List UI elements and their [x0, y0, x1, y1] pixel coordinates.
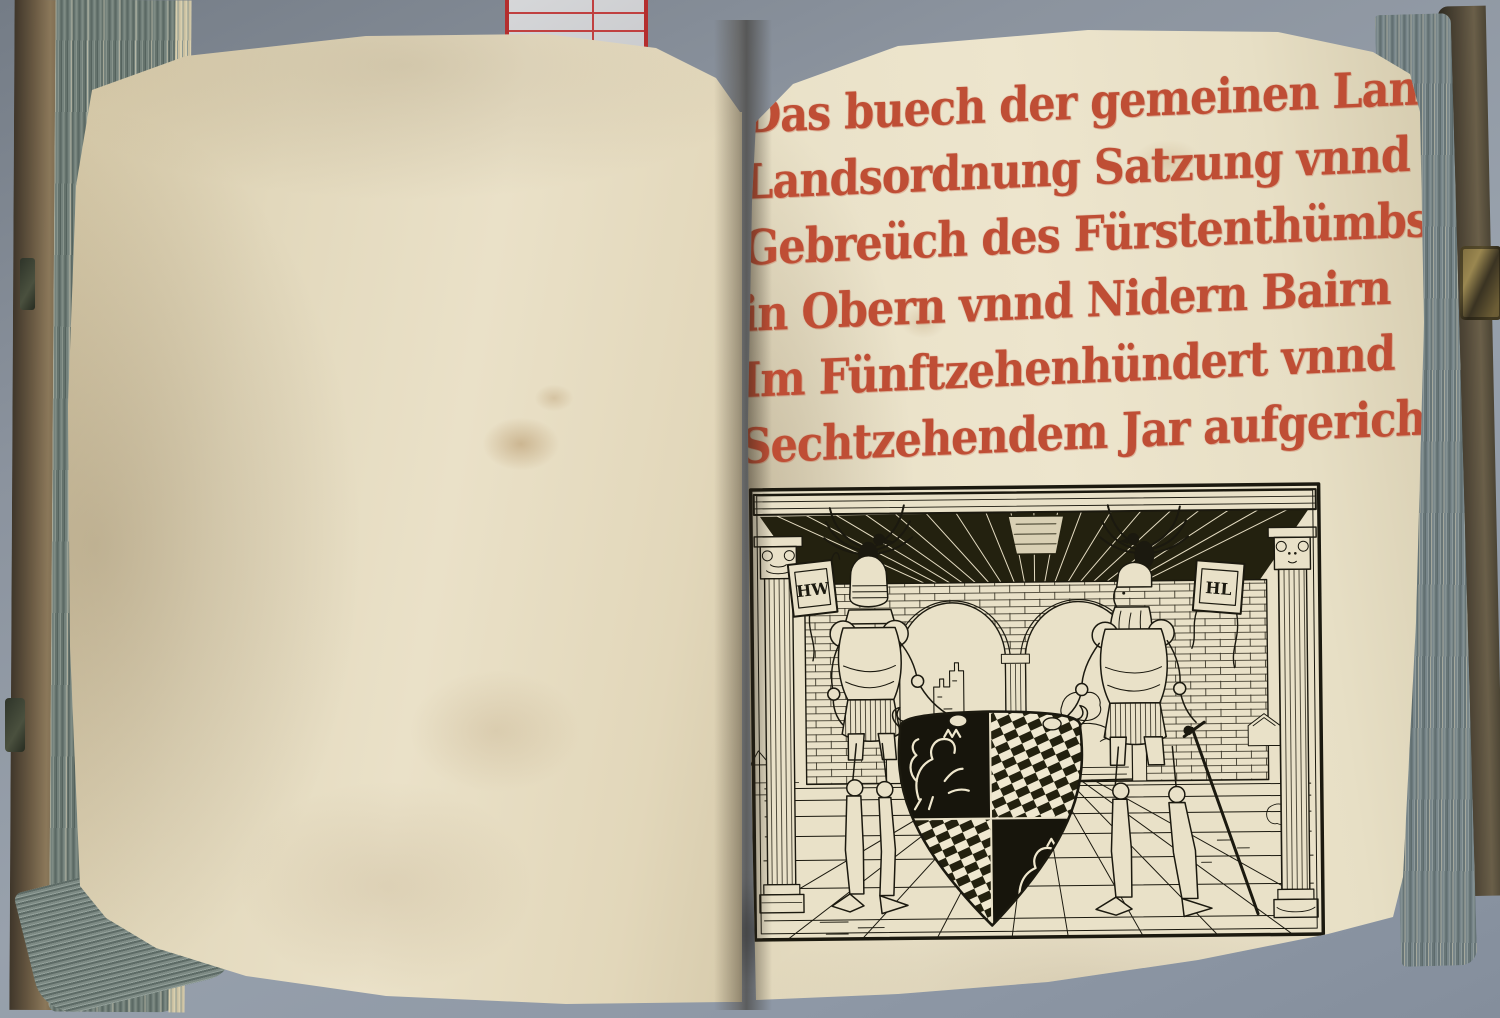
- left-clasp-hardware-lower: [5, 698, 25, 752]
- title-calligraphy: Das buech der gemeinen Landpot Landsordn…: [740, 59, 1330, 480]
- woodcut-illustration: HW HL: [746, 477, 1329, 953]
- left-clasp-hardware: [20, 258, 35, 310]
- photo-of-open-book: { "image": { "kind": "photograph of an o…: [0, 0, 1500, 1018]
- book-gutter: [714, 20, 772, 1010]
- tablet-left-initials: HW: [795, 578, 831, 601]
- right-clasp-hardware: [1460, 246, 1500, 320]
- left-blank-page[interactable]: [66, 26, 742, 1008]
- tablet-right-initials: HL: [1205, 578, 1233, 599]
- title-page[interactable]: Das buech der gemeinen Landpot Landsordn…: [748, 22, 1426, 1008]
